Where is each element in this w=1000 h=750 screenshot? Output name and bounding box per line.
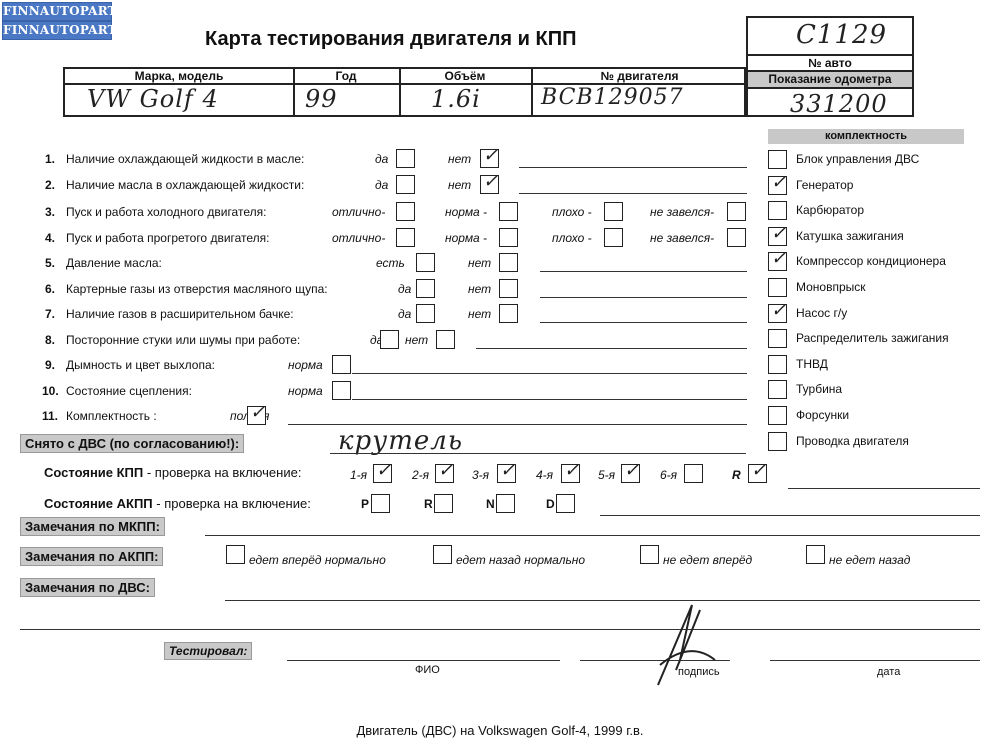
option-label: плохо -: [552, 231, 592, 245]
remarks-dvs-line[interactable]: [225, 600, 980, 601]
make-model-value[interactable]: VW Golf 4: [87, 85, 219, 113]
handwritten-signature: [640, 600, 720, 690]
item-number: 11.: [42, 409, 58, 423]
option-label: отлично-: [332, 231, 385, 245]
option-label: нет: [468, 307, 491, 321]
notes-line[interactable]: [352, 373, 747, 374]
option-label: нет: [468, 282, 491, 296]
option-label: есть: [376, 256, 405, 270]
gear-label: 4-я: [536, 468, 553, 482]
completeness-checkbox[interactable]: [768, 380, 787, 399]
option-checkbox[interactable]: [499, 253, 518, 272]
year-value[interactable]: 99: [305, 85, 338, 113]
remarks-mkpp-line[interactable]: [205, 535, 980, 536]
completeness-checkbox[interactable]: [768, 201, 787, 220]
completeness-item-label: Карбюратор: [796, 203, 864, 217]
item-number: 1.: [45, 152, 55, 166]
checklist-item-label: Посторонние стуки или шумы при работе:: [66, 333, 300, 347]
checklist-item-label: Картерные газы из отверстия масляного щу…: [66, 282, 328, 296]
gear-label: R: [732, 468, 741, 482]
odometer-label: Показание одометра: [748, 72, 912, 87]
completeness-item-label: Проводка двигателя: [796, 434, 909, 448]
option-label: не завелся-: [650, 231, 714, 245]
remarks-akpp-label: Замечания по АКПП:: [20, 547, 163, 566]
completeness-item-label: Насос г/у: [796, 306, 847, 320]
option-checkbox[interactable]: [604, 228, 623, 247]
page-title: Карта тестирования двигателя и КПП: [205, 28, 576, 51]
column-header: Год: [293, 69, 399, 83]
option-checkbox[interactable]: [396, 202, 415, 221]
option-label: нет: [448, 152, 471, 166]
check-mark-icon: ✓: [771, 250, 786, 268]
gear-label: 2-я: [412, 468, 429, 482]
completeness-item-label: Форсунки: [796, 408, 849, 422]
gear-label: P: [361, 497, 369, 511]
underline: [788, 488, 980, 489]
notes-line[interactable]: [288, 424, 747, 425]
item-number: 4.: [45, 231, 55, 245]
option-checkbox[interactable]: [727, 202, 746, 221]
checklist-item-label: Пуск и работа прогретого двигателя:: [66, 231, 270, 245]
checklist-item-label: Наличие масла в охлаждающей жидкости:: [66, 178, 304, 192]
watermark-logo: FINNAUTOPARTS: [2, 21, 112, 40]
option-checkbox[interactable]: [332, 355, 351, 374]
gear-label: N: [486, 497, 495, 511]
auto-number-box: C1129 № авто Показание одометра 331200: [746, 16, 914, 117]
option-label: да: [398, 282, 411, 296]
checklist-item-label: Наличие охлаждающей жидкости в масле:: [66, 152, 304, 166]
akpp-remark-checkbox[interactable]: [806, 545, 825, 564]
notes-line[interactable]: [352, 399, 747, 400]
akpp-remark-label: едет вперёд нормально: [249, 553, 386, 567]
check-mark-icon: ✓: [438, 462, 453, 480]
option-checkbox[interactable]: [499, 228, 518, 247]
completeness-checkbox[interactable]: [768, 329, 787, 348]
completeness-checkbox[interactable]: [768, 406, 787, 425]
option-checkbox[interactable]: [416, 253, 435, 272]
completeness-title: комплектность: [768, 129, 964, 144]
check-mark-icon: ✓: [771, 225, 786, 243]
check-mark-icon: ✓: [500, 462, 515, 480]
checklist-item-label: Пуск и работа холодного двигателя:: [66, 205, 266, 219]
volume-value[interactable]: 1.6i: [431, 85, 481, 113]
notes-line[interactable]: [540, 271, 747, 272]
option-label: нет: [448, 178, 471, 192]
item-number: 7.: [45, 307, 55, 321]
gear-checkbox[interactable]: [556, 494, 575, 513]
checklist-item-label: Комплектность :: [66, 409, 157, 423]
option-label: да: [375, 152, 388, 166]
option-checkbox[interactable]: [416, 279, 435, 298]
removed-line: [330, 453, 746, 454]
check-mark-icon: ✓: [771, 174, 786, 192]
option-checkbox[interactable]: [396, 175, 415, 194]
remarks-mkpp-label: Замечания по МКПП:: [20, 517, 165, 536]
gear-checkbox[interactable]: [371, 494, 390, 513]
fio-caption: ФИО: [415, 664, 440, 676]
completeness-item-label: Блок управления ДВС: [796, 152, 919, 166]
akpp-remark-checkbox[interactable]: [226, 545, 245, 564]
odometer-value[interactable]: 331200: [790, 90, 888, 118]
akpp-remark-checkbox[interactable]: [640, 545, 659, 564]
auto-number-label: № авто: [748, 56, 912, 70]
option-label: плохо -: [552, 205, 592, 219]
engine-number-value[interactable]: BCB129057: [541, 85, 684, 110]
check-mark-icon: ✓: [771, 302, 786, 320]
option-label: отлично-: [332, 205, 385, 219]
check-mark-icon: ✓: [564, 462, 579, 480]
option-checkbox[interactable]: [396, 228, 415, 247]
notes-line[interactable]: [476, 348, 747, 349]
completeness-item-label: Моновпрыск: [796, 280, 866, 294]
option-checkbox[interactable]: [727, 228, 746, 247]
check-mark-icon: ✓: [483, 173, 498, 191]
option-label: нет: [468, 256, 491, 270]
tested-by-label: Тестировал:: [164, 642, 252, 660]
akpp-remark-checkbox[interactable]: [433, 545, 452, 564]
item-number: 9.: [45, 358, 55, 372]
gear-checkbox[interactable]: [434, 494, 453, 513]
check-mark-icon: ✓: [376, 462, 391, 480]
underline: [600, 515, 980, 516]
option-label: не завелся-: [650, 205, 714, 219]
completeness-item-label: Распределитель зажигания: [796, 331, 949, 345]
option-checkbox[interactable]: [499, 304, 518, 323]
akpp-remark-label: не едет назад: [829, 553, 910, 567]
notes-line[interactable]: [540, 322, 747, 323]
checklist-item-label: Состояние сцепления:: [66, 384, 192, 398]
watermark-logo: FINNAUTOPARTS: [2, 2, 112, 21]
akpp-remark-label: едет назад нормально: [456, 553, 585, 567]
completeness-item-label: Турбина: [796, 382, 842, 396]
notes-line[interactable]: [540, 297, 747, 298]
gear-label: 5-я: [598, 468, 615, 482]
auto-gearbox-label: Состояние АКПП - проверка на включение:: [44, 496, 311, 511]
manual-gearbox-label: Состояние КПП - проверка на включение:: [44, 465, 301, 480]
notes-line[interactable]: [519, 193, 747, 194]
option-checkbox[interactable]: [380, 330, 399, 349]
check-mark-icon: ✓: [250, 404, 265, 422]
option-checkbox[interactable]: [436, 330, 455, 349]
checklist-item-label: Давление масла:: [66, 256, 162, 270]
image-caption: Двигатель (ДВС) на Volkswagen Golf-4, 19…: [0, 723, 1000, 738]
option-label: нет: [405, 333, 428, 347]
completeness-item-label: ТНВД: [796, 357, 828, 371]
gear-label: 6-я: [660, 468, 677, 482]
completeness-checkbox[interactable]: [768, 150, 787, 169]
completeness-checkbox[interactable]: [768, 355, 787, 374]
gear-label: 3-я: [472, 468, 489, 482]
item-number: 3.: [45, 205, 55, 219]
item-number: 8.: [45, 333, 55, 347]
akpp-remark-label: не едет вперёд: [663, 553, 752, 567]
completeness-checkbox[interactable]: [768, 432, 787, 451]
option-checkbox[interactable]: [332, 381, 351, 400]
notes-line[interactable]: [519, 167, 747, 168]
option-label: норма: [288, 384, 323, 398]
item-number: 5.: [45, 256, 55, 270]
removed-label: Снято с ДВС (по согласованию!):: [20, 434, 244, 453]
checklist-item-label: Наличие газов в расширительном бачке:: [66, 307, 294, 321]
option-checkbox[interactable]: [499, 202, 518, 221]
check-mark-icon: ✓: [751, 462, 766, 480]
check-mark-icon: ✓: [483, 147, 498, 165]
option-label: норма -: [445, 231, 487, 245]
gear-label: 1-я: [350, 468, 367, 482]
auto-number-value[interactable]: C1129: [796, 20, 887, 50]
column-header: Объём: [399, 69, 531, 83]
completeness-item-label: Катушка зажигания: [796, 229, 904, 243]
checklist-item-label: Дымность и цвет выхлопа:: [66, 358, 215, 372]
vehicle-info-table: Марка, модель Год Объём № двигателя VW G…: [63, 67, 746, 117]
check-mark-icon: ✓: [624, 462, 639, 480]
fio-line[interactable]: [287, 660, 560, 661]
item-number: 10.: [42, 384, 59, 398]
item-number: 2.: [45, 178, 55, 192]
gear-label: D: [546, 497, 555, 511]
option-checkbox[interactable]: [499, 279, 518, 298]
gear-label: R: [424, 497, 433, 511]
option-checkbox[interactable]: [396, 149, 415, 168]
remarks-dvs-line-2[interactable]: [20, 629, 980, 630]
option-label: да: [375, 178, 388, 192]
option-label: да: [398, 307, 411, 321]
option-checkbox[interactable]: [604, 202, 623, 221]
date-line[interactable]: [770, 660, 980, 661]
date-caption: дата: [877, 666, 900, 678]
option-checkbox[interactable]: [416, 304, 435, 323]
column-header: Марка, модель: [65, 69, 293, 83]
completeness-item-label: Генератор: [796, 178, 853, 192]
gear-checkbox[interactable]: [496, 494, 515, 513]
option-label: норма: [288, 358, 323, 372]
option-label: норма -: [445, 205, 487, 219]
gear-checkbox[interactable]: [684, 464, 703, 483]
removed-value[interactable]: крутель: [338, 426, 463, 456]
completeness-checkbox[interactable]: [768, 278, 787, 297]
remarks-dvs-label: Замечания по ДВС:: [20, 578, 155, 597]
completeness-item-label: Компрессор кондиционера: [796, 254, 946, 268]
item-number: 6.: [45, 282, 55, 296]
column-header: № двигателя: [531, 69, 748, 83]
